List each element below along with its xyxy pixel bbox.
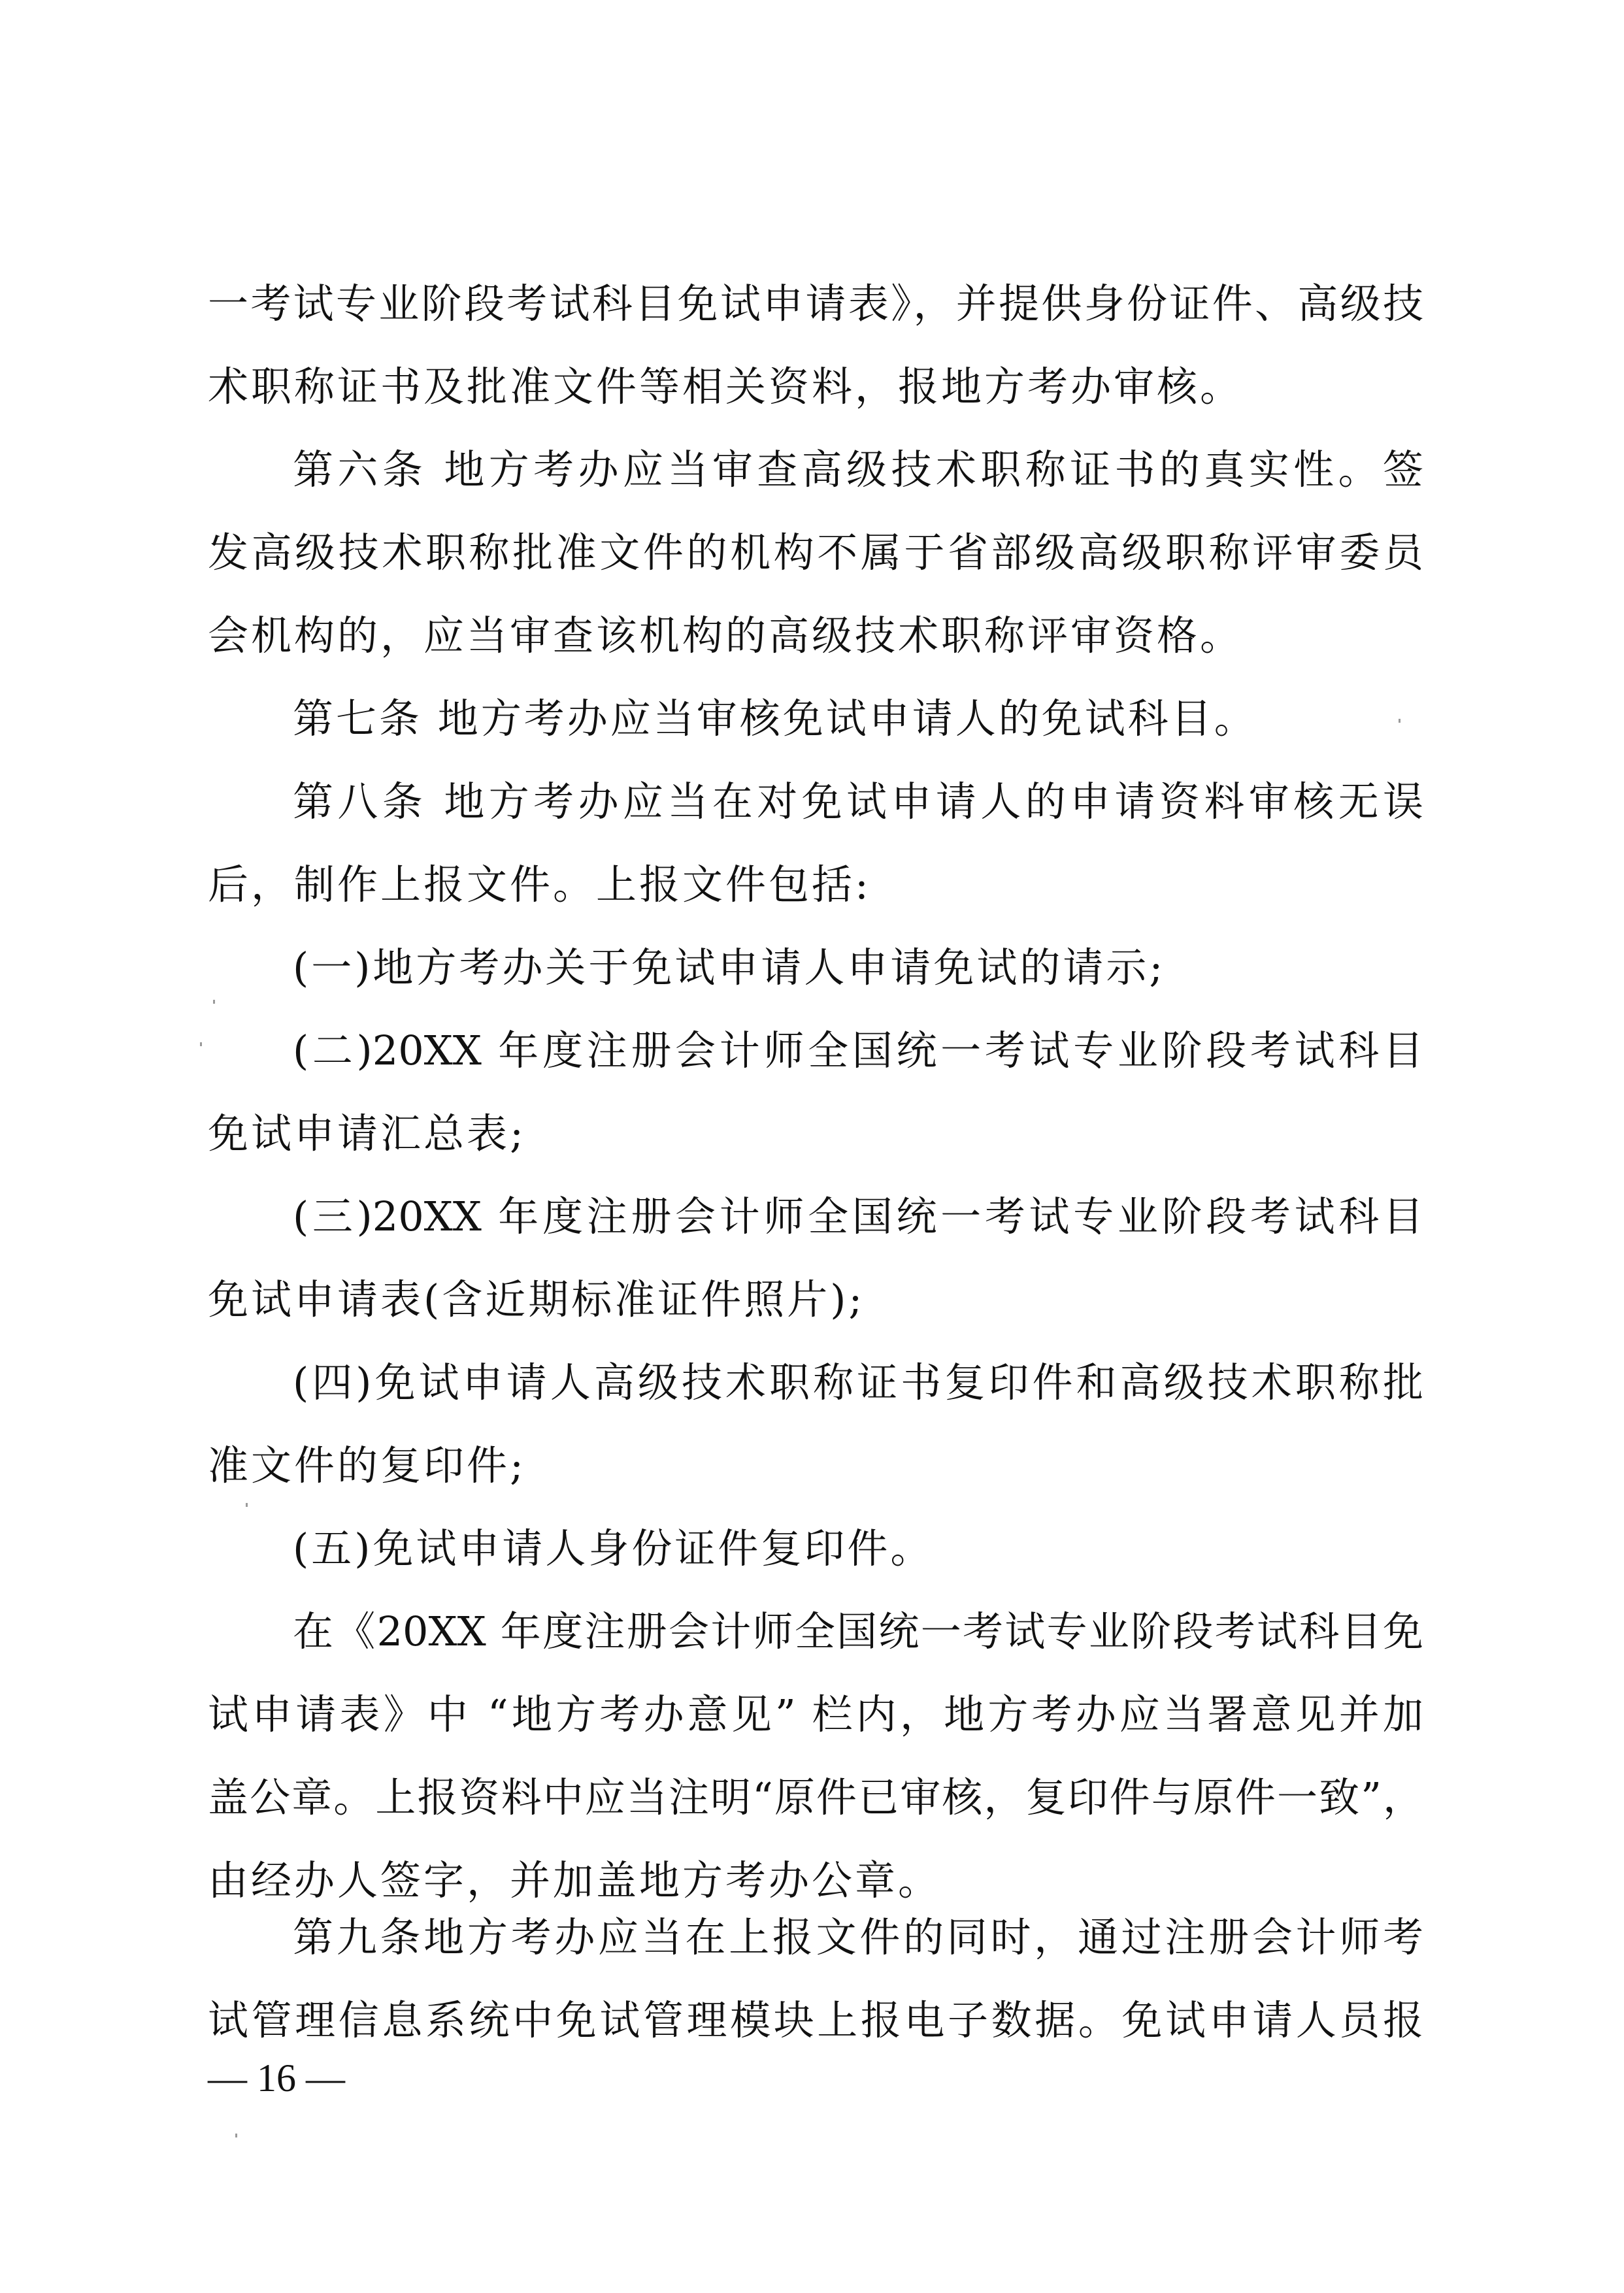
paragraph-line: 免试申请汇总表; — [208, 1104, 1423, 1163]
paragraph-line: 术职称证书及批准文件等相关资料，报地方考办审核。 — [208, 357, 1423, 416]
scan-speck — [246, 1503, 248, 1507]
scan-speck — [200, 1042, 202, 1046]
paragraph-line: 试申请表》中 “地方考办意见” 栏内，地方考办应当署意见并加 — [208, 1685, 1423, 1744]
article-9-line: 第九条地方考办应当在上报文件的同时，通过注册会计师考 — [293, 1908, 1423, 1967]
document-page: 一考试专业阶段考试科目免试申请表》，并提供身份证件、高级技 术职称证书及批准文件… — [0, 0, 1624, 2293]
list-item-5: (五)免试申请人身份证件复印件。 — [293, 1519, 1423, 1578]
paragraph-line: 准文件的复印件; — [208, 1436, 1423, 1495]
paragraph-line: 后，制作上报文件。上报文件包括: — [208, 855, 1423, 914]
list-item-4: (四)免试申请人高级技术职称证书复印件和高级技术职称批 — [293, 1353, 1423, 1412]
list-item-2: (二)20XX 年度注册会计师全国统一考试专业阶段考试科目 — [293, 1021, 1423, 1080]
scan-speck — [213, 1000, 215, 1004]
list-item-3: (三)20XX 年度注册会计师全国统一考试专业阶段考试科目 — [293, 1187, 1423, 1246]
paragraph-line: 盖公章。上报资料中应当注明“原件已审核，复印件与原件一致”， — [208, 1768, 1423, 1827]
paragraph-line: 会机构的，应当审查该机构的高级技术职称评审资格。 — [208, 606, 1423, 665]
scan-speck — [1399, 719, 1400, 723]
paragraph-line: 免试申请表(含近期标准证件照片); — [208, 1270, 1423, 1329]
article-8-line: 第八条 地方考办应当在对免试申请人的申请资料审核无误 — [293, 772, 1423, 831]
list-item-1: (一)地方考办关于免试申请人申请免试的请示; — [293, 938, 1423, 997]
paragraph-line: 一考试专业阶段考试科目免试申请表》，并提供身份证件、高级技 — [208, 274, 1423, 333]
paragraph-line: 在《20XX 年度注册会计师全国统一考试专业阶段考试科目免 — [293, 1602, 1423, 1661]
paragraph-line: 由经办人签字，并加盖地方考办公章。 — [208, 1851, 1423, 1910]
article-6-line: 第六条 地方考办应当审查高级技术职称证书的真实性。签 — [293, 440, 1423, 499]
paragraph-line: 试管理信息系统中免试管理模块上报电子数据。免试申请人员报 — [208, 1991, 1423, 2050]
scan-speck — [235, 2134, 237, 2137]
article-7-line: 第七条 地方考办应当审核免试申请人的免试科目。 — [293, 689, 1423, 748]
page-number: — 16 — — [208, 2052, 345, 2104]
paragraph-line: 发高级技术职称批准文件的机构不属于省部级高级职称评审委员 — [208, 523, 1423, 582]
